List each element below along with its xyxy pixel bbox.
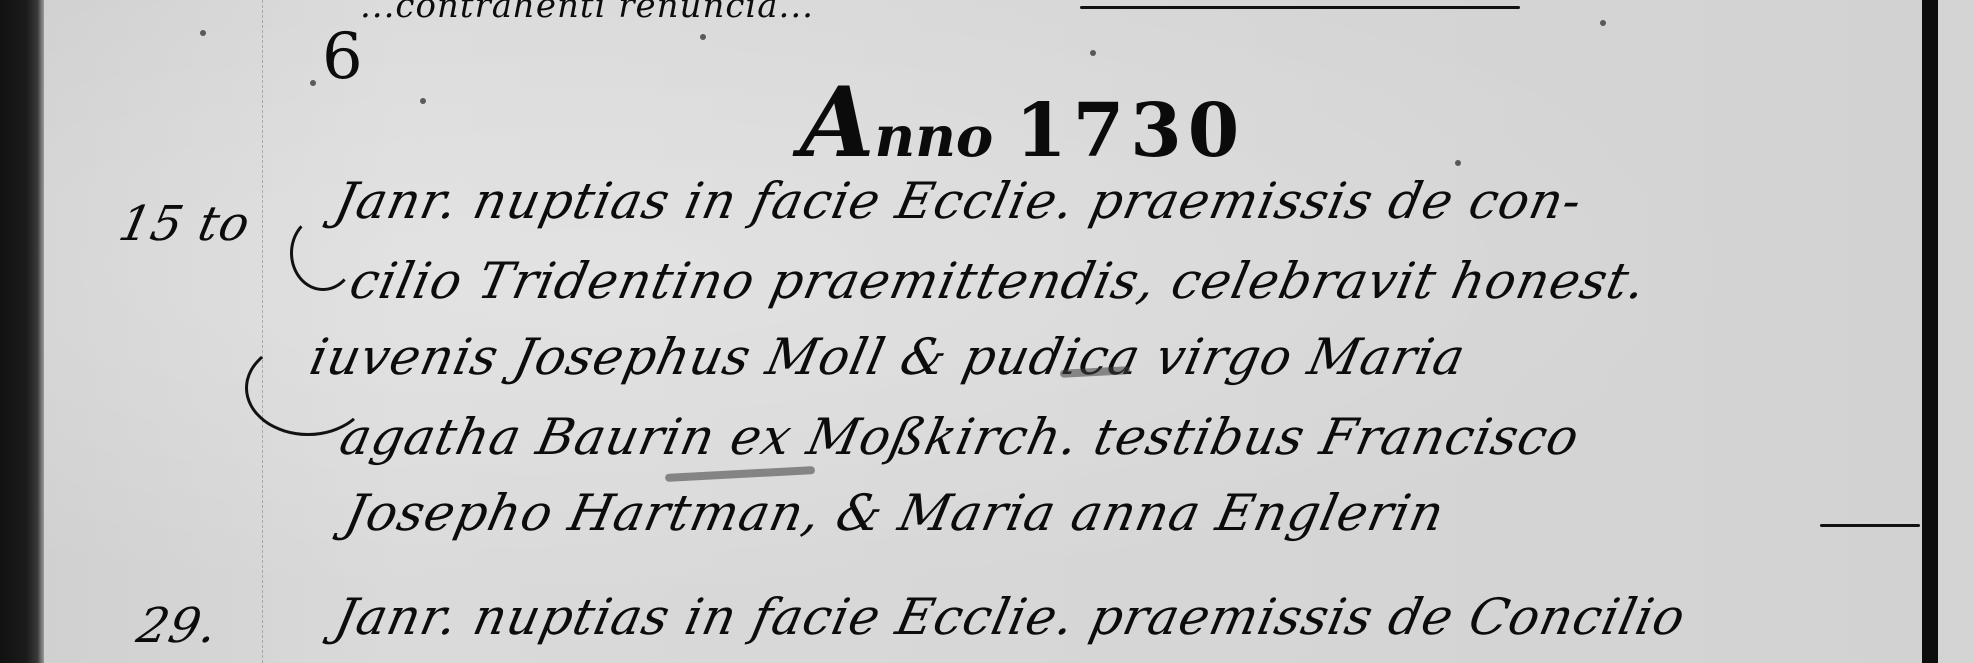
entry-line: Janr. nuptias in facie Ecclie. praemissi… [330,588,1691,646]
margin-rule [262,0,264,663]
entry-end-stroke [1820,524,1920,527]
entry-line: cilio Tridentino praemittendis, celebrav… [345,252,1652,310]
name-underline-baurin [665,466,815,482]
capital-flourish [290,215,356,291]
ink-speck [1600,20,1606,26]
ink-speck [1090,50,1096,56]
entry-line: agatha Baurin ex Moßkirch. testibus Fran… [335,408,1585,466]
manuscript-page: ...contrahenti renuncia... 6 Anno1730 15… [0,0,1974,663]
top-fragment-text: ...contrahenti renuncia... [360,0,814,26]
heading-word: nno [874,104,993,170]
ink-speck [420,98,426,104]
heading-capital: A [800,66,874,179]
entry-date-label: 29. [132,598,223,654]
book-binding-left [0,0,44,663]
top-marginal-letter: 6 [322,20,364,94]
ink-speck [200,30,206,36]
top-rule [1080,6,1520,9]
outer-margin [1938,0,1974,663]
entry-line: Josepho Hartman, & Maria anna Englerin [340,484,1450,542]
entry-line: Janr. nuptias in facie Ecclie. praemissi… [330,172,1587,230]
entry-date-label: 15 to [114,196,255,252]
ink-speck [700,34,706,40]
page-border-right [1922,0,1938,663]
heading-year: 1730 [1015,88,1245,174]
entry-line: iuvenis Josephus Moll & pudica virgo Mar… [305,328,1471,386]
ink-speck [310,80,316,86]
ink-speck [1455,160,1461,166]
page-heading: Anno1730 [800,66,1245,179]
capital-flourish [245,340,371,436]
